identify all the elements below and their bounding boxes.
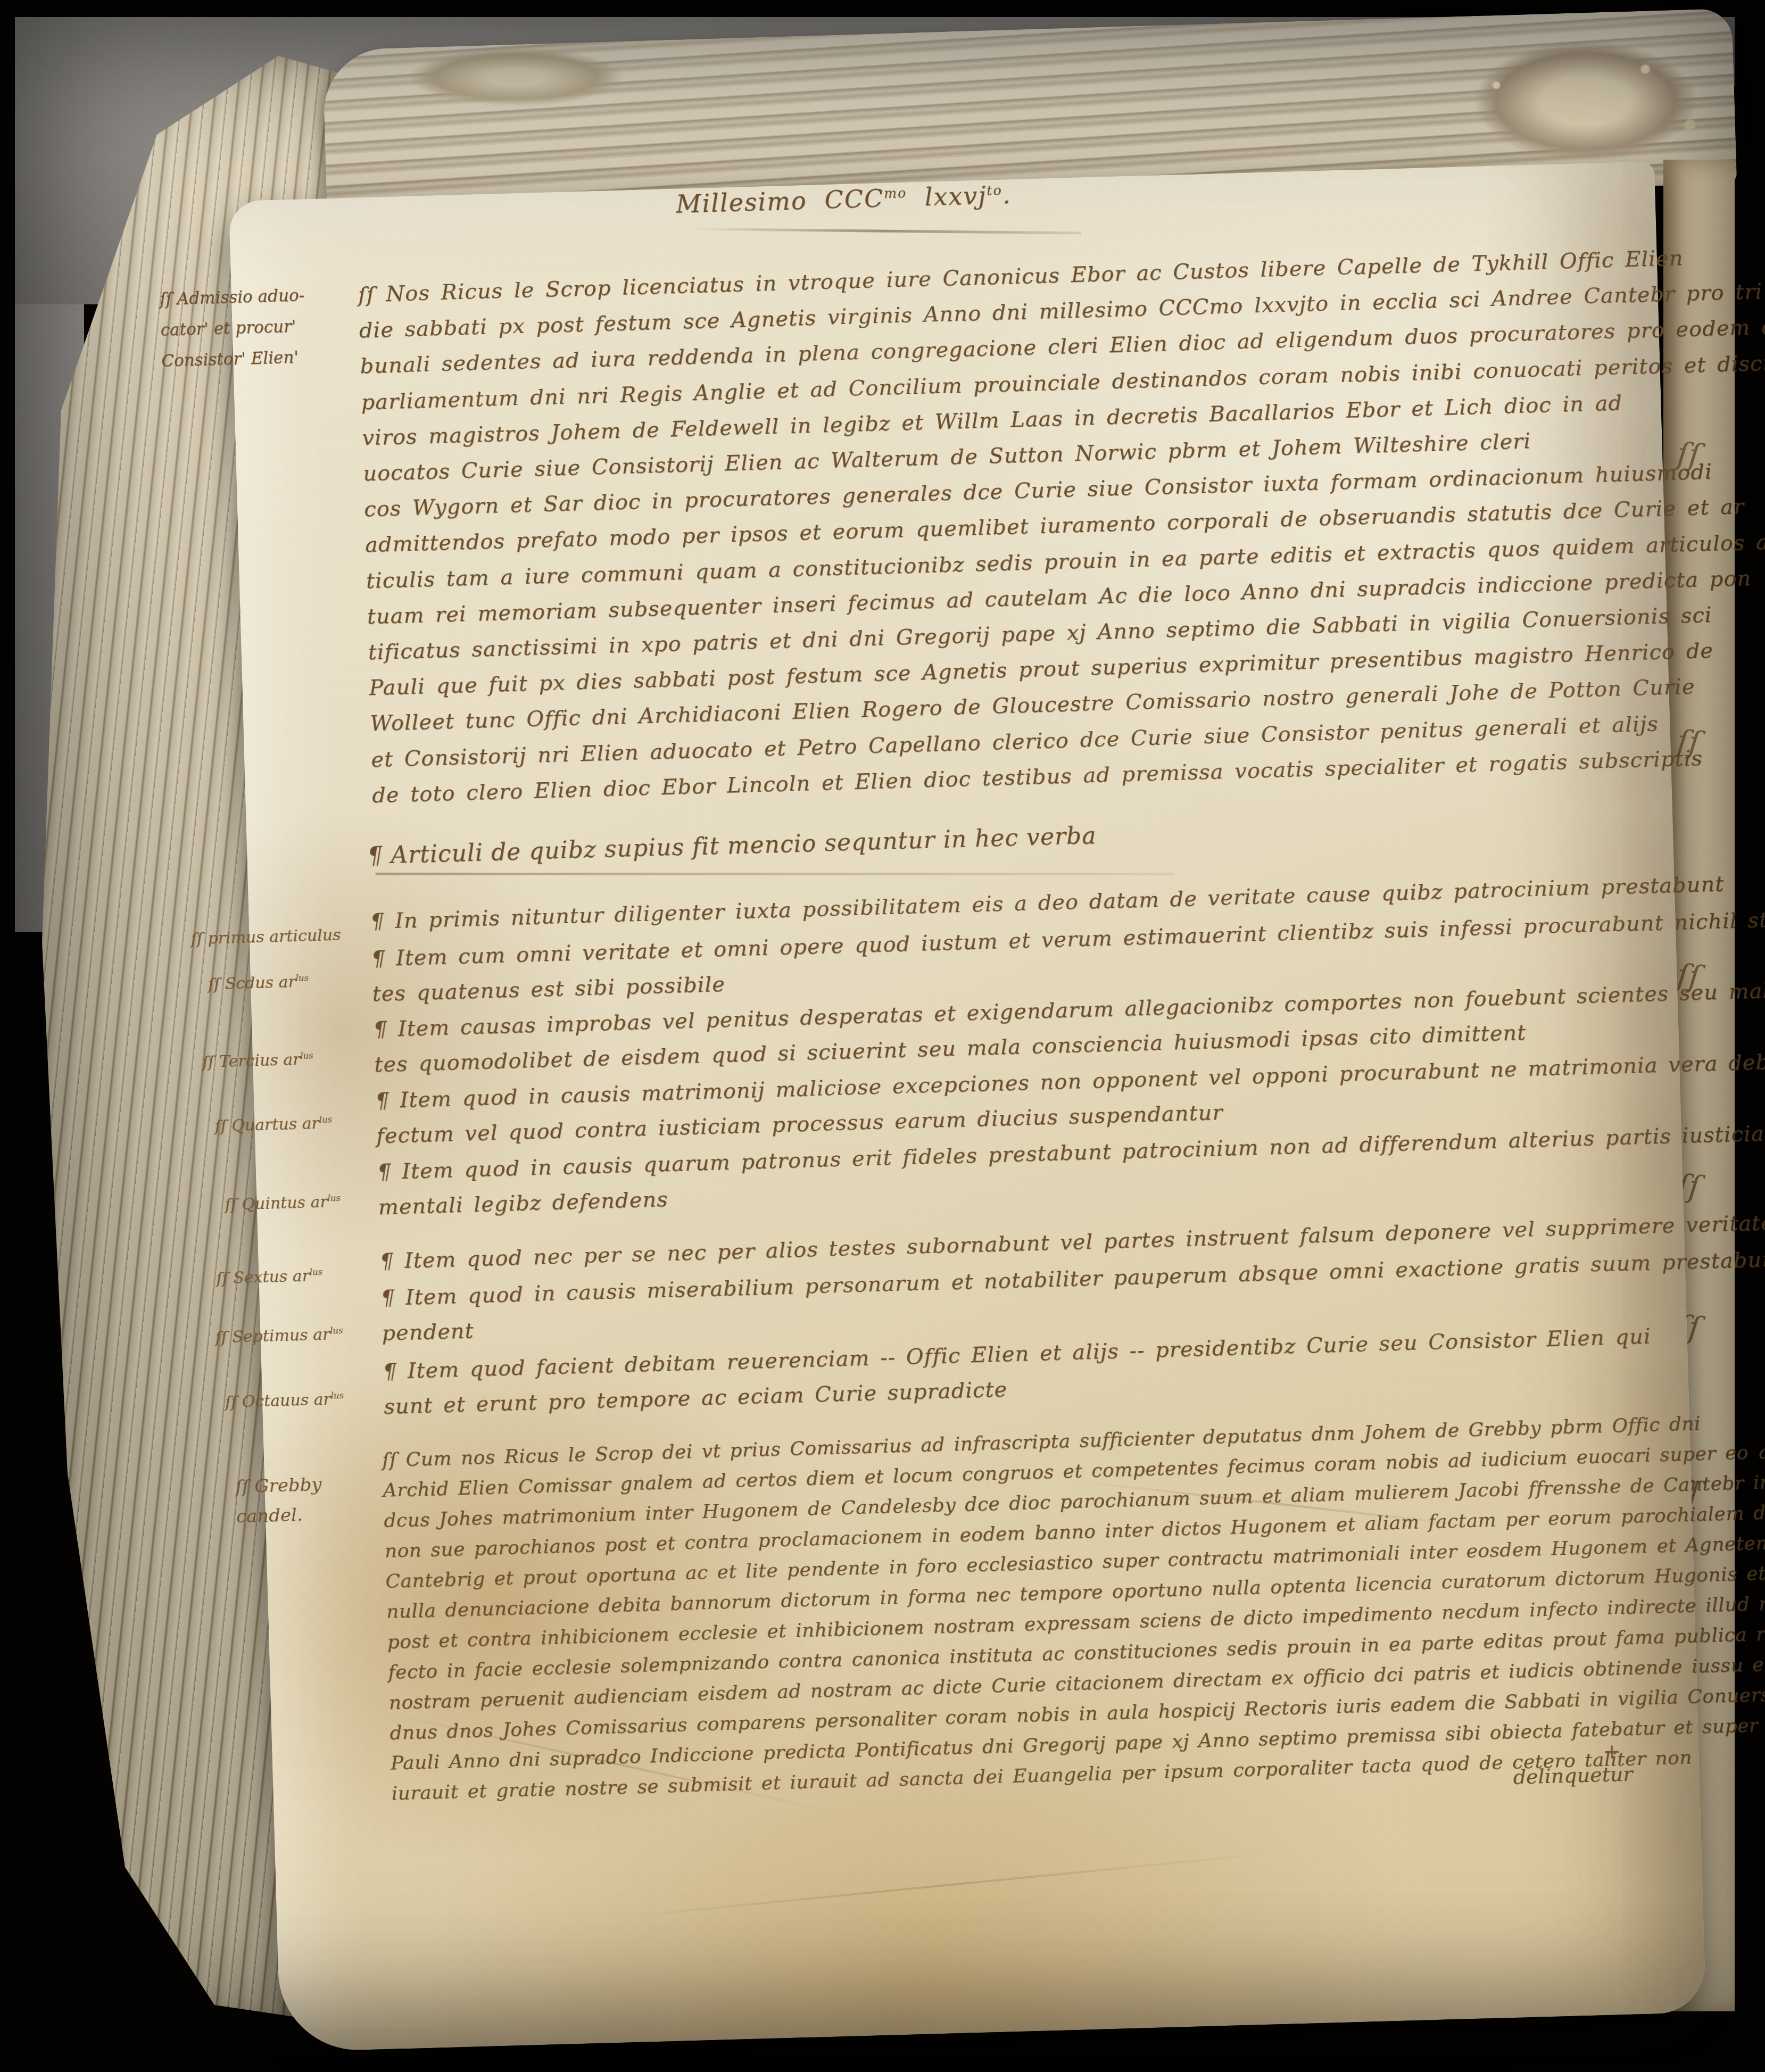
year-numeral-sup: mo: [884, 185, 907, 201]
margin-article-label-text: ſſ Quartus ar: [214, 1114, 319, 1136]
manuscript-page: Millesimo CCCmo lxxvjto. ſſ Admissio adu…: [229, 161, 1706, 2052]
margin-article-label: ſſ Tercius arlus: [202, 1050, 314, 1072]
binding-fray: [367, 37, 665, 117]
margin-article-label-sup: lus: [330, 1390, 344, 1401]
catchword: delinquetur: [1513, 1762, 1633, 1789]
year-units-sup: to: [987, 183, 1002, 198]
parchment-wrinkle: [597, 1851, 1286, 1921]
margin-article-label-text: ſſ Tercius ar: [202, 1050, 301, 1072]
year-units: lxxvj: [924, 181, 987, 211]
margin-article-label: ſſ primus articulus: [190, 926, 341, 949]
margin-article-label: ſſ Septimus arlus: [215, 1325, 343, 1347]
margin-article-label-sup: lus: [319, 1114, 332, 1125]
margin-article-label-text: ſſ Sextus ar: [216, 1267, 310, 1288]
margin-article-label-sup: lus: [309, 1267, 322, 1278]
year-word: Millesimo: [676, 186, 808, 219]
pen-flourish: [687, 228, 1081, 235]
photo-frame: { "palette":{ "frame":"#050403", "backdr…: [0, 0, 1765, 2072]
admission-entry-paragraph: ſſ Nos Ricus le Scrop licenciatus in vtr…: [358, 236, 1765, 814]
margin-article-label: ſſ Quintus arlus: [225, 1192, 341, 1214]
margin-article-label: ſſ Quartus arlus: [214, 1114, 333, 1136]
margin-article-label-text: ſſ Octauus ar: [225, 1390, 331, 1412]
margin-article-label: ſſ Sextus arlus: [216, 1266, 323, 1288]
margin-article-label: ſſ Octauus arlus: [225, 1390, 344, 1412]
margin-article-label-sup: lus: [295, 973, 309, 983]
margin-article-label-text: ſſ Septimus ar: [215, 1325, 330, 1347]
margin-article-label-sup: lus: [327, 1193, 341, 1204]
articles-heading: ¶ Articuli de quibz supius fit mencio se…: [367, 822, 1097, 869]
year-numeral: CCC: [824, 184, 884, 214]
margin-article-label-text: ſſ Quintus ar: [225, 1193, 328, 1214]
closing-entry-paragraph: ſſ Cum nos Ricus le Scrop dei vt prius C…: [382, 1402, 1765, 1809]
margin-article-label: ſſ Scdus arlus: [208, 972, 309, 993]
cross-mark: +: [1603, 1739, 1621, 1764]
margin-article-label-text: ſſ Scdus ar: [208, 973, 296, 994]
margin-article-label-text: ſſ primus articulus: [190, 926, 341, 949]
binding-fray: [1437, 21, 1735, 181]
year-stop: .: [1002, 180, 1012, 209]
margin-article-label-sup: lus: [330, 1325, 343, 1336]
case-margin-note: ſſ Grebbycandel.: [235, 1470, 323, 1531]
margin-article-label-sup: lus: [300, 1050, 313, 1061]
case-margin-note-line: candel.: [236, 1499, 323, 1532]
pen-flourish: [376, 873, 1174, 875]
case-margin-note-line: ſſ Grebby: [235, 1470, 322, 1502]
